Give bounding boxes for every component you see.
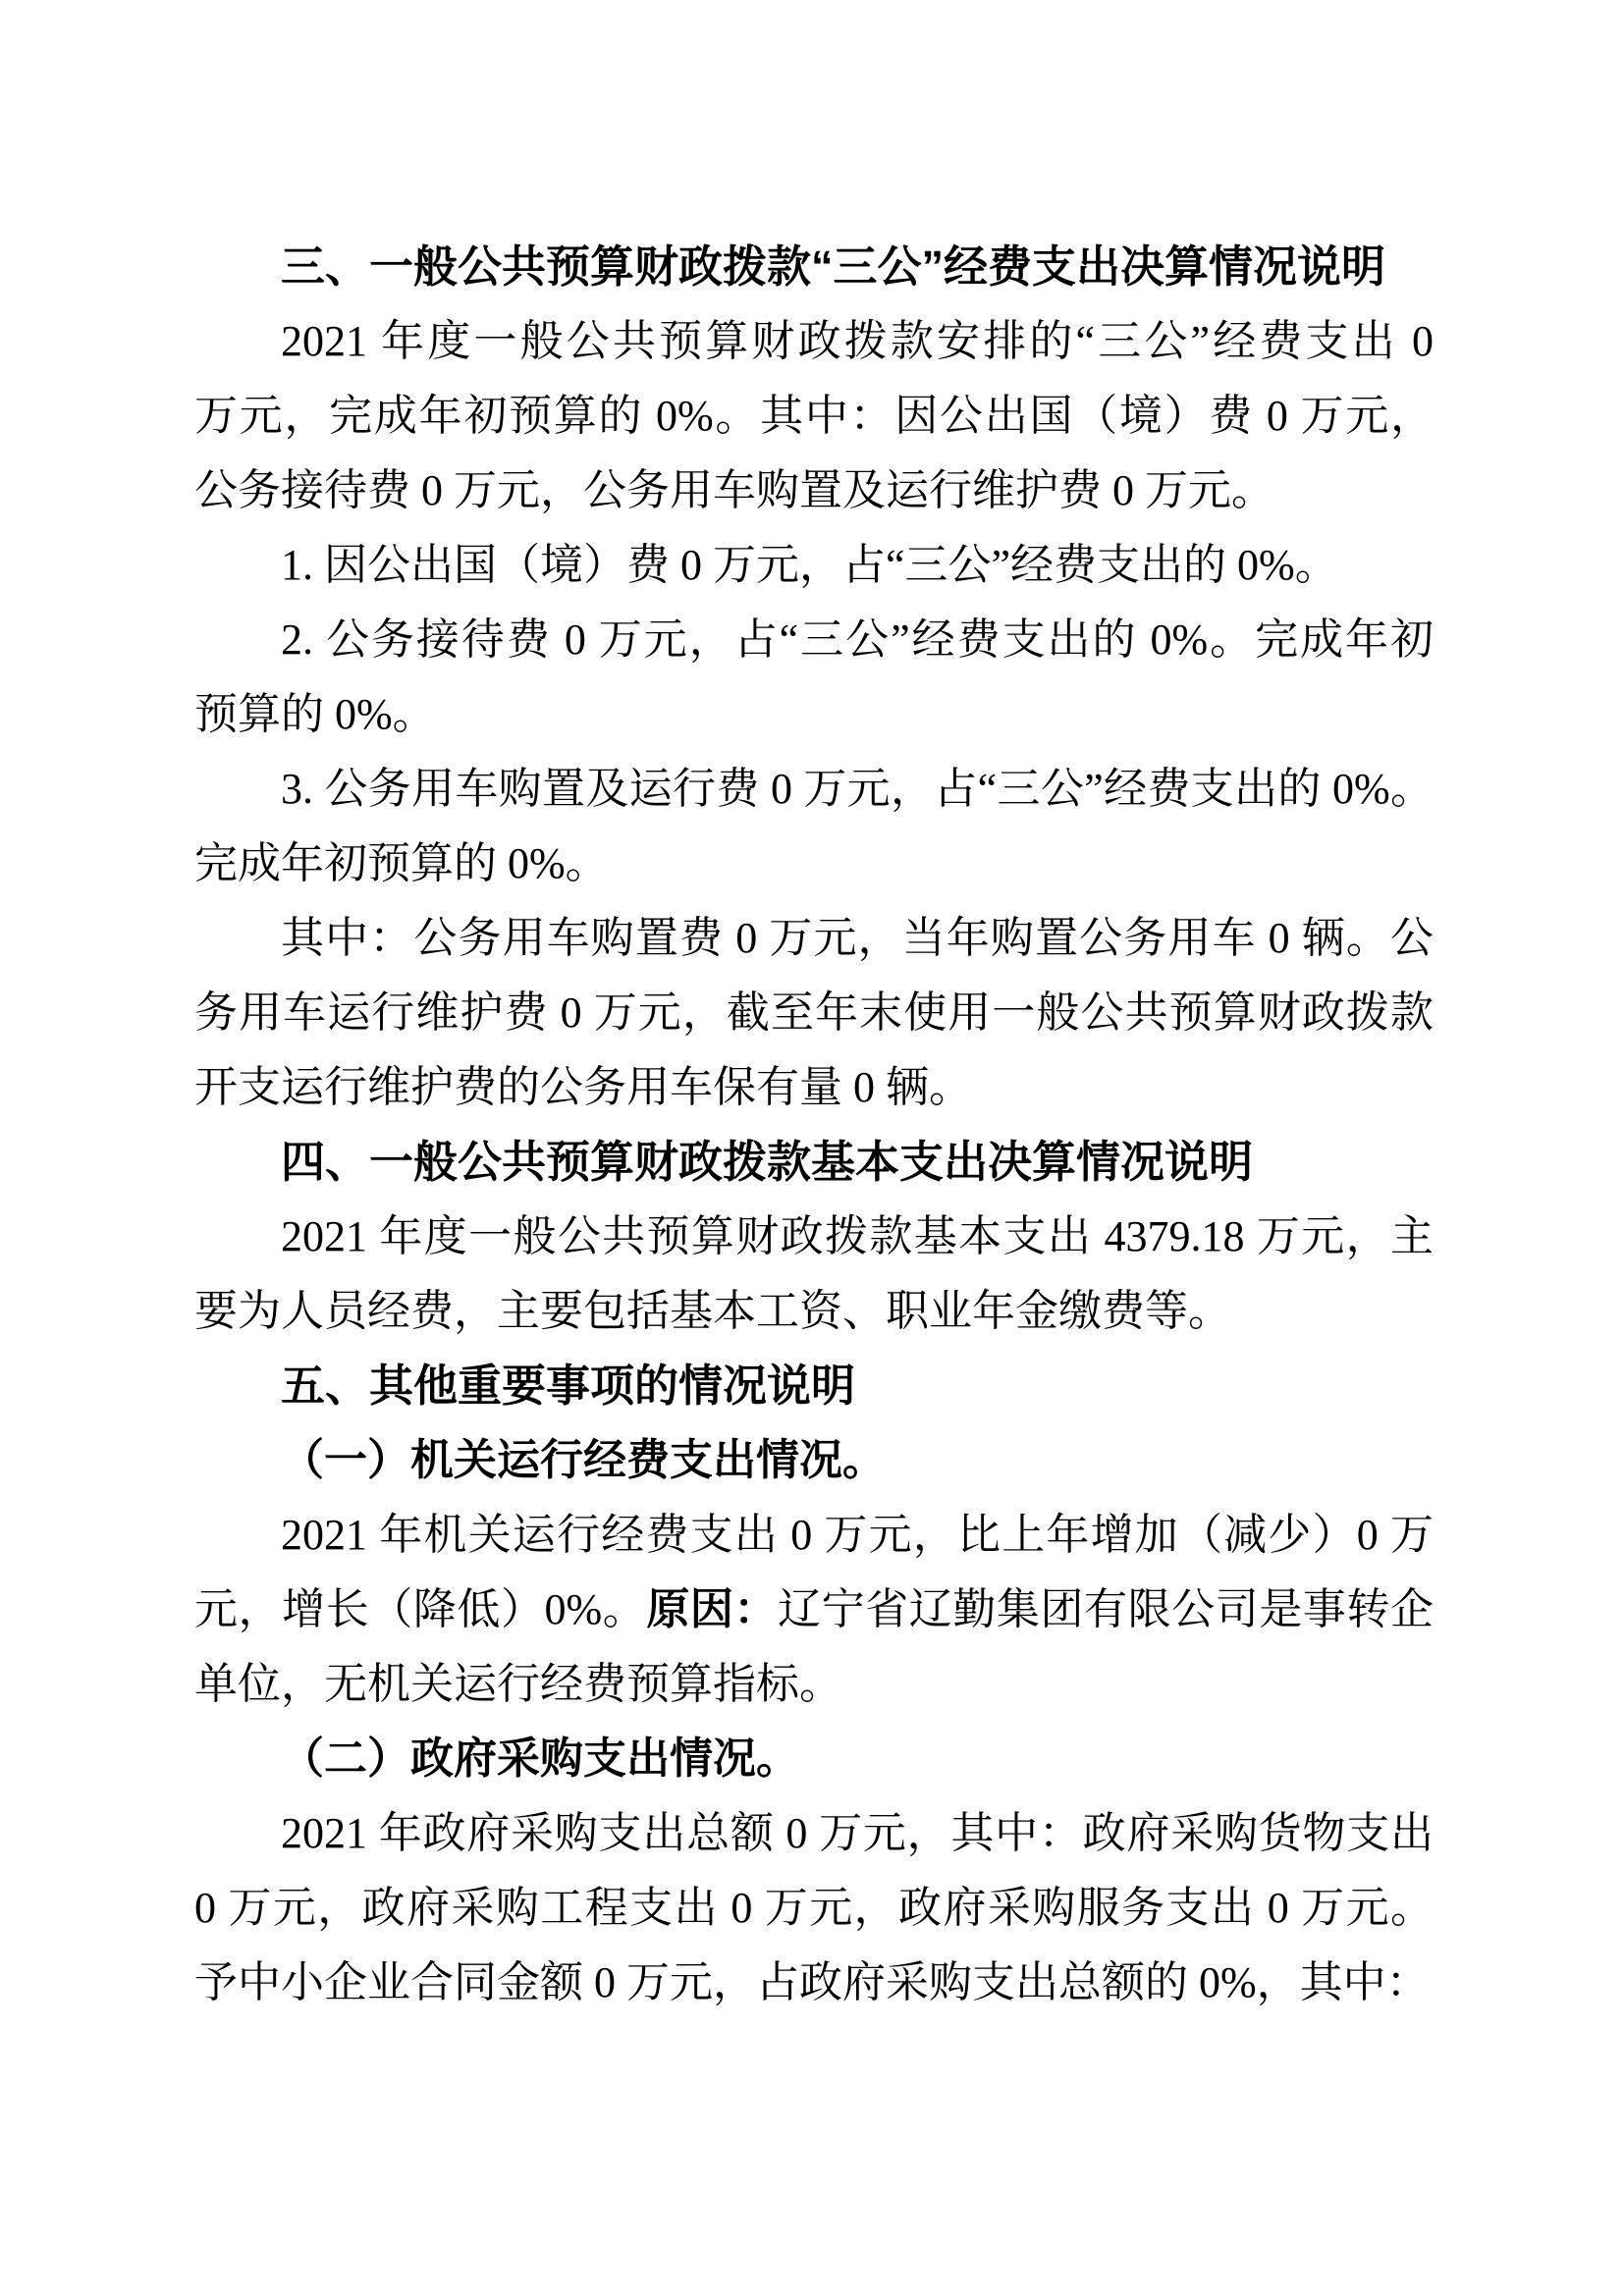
- section-heading-3: 三、一般公共预算财政拨款“三公”经费支出决算情况说明: [194, 230, 1434, 304]
- subsection-heading-1: （一）机关运行经费支出情况。: [194, 1423, 1434, 1498]
- body-line: 要为人员经费，主要包括基本工资、职业年金缴费等。: [194, 1274, 1434, 1349]
- body-line: 2021 年度一般公共预算财政拨款基本支出 4379.18 万元，主: [194, 1200, 1434, 1274]
- body-line: 0 万元，政府采购工程支出 0 万元，政府采购服务支出 0 万元。授: [194, 1871, 1434, 1946]
- body-line: 元，增长（降低）0%。原因：辽宁省辽勤集团有限公司是事转企: [194, 1573, 1434, 1647]
- body-line: 务用车运行维护费 0 万元，截至年末使用一般公共预算财政拨款: [194, 976, 1434, 1050]
- body-line: 预算的 0%。: [194, 677, 1434, 752]
- subsection-heading-2: （二）政府采购支出情况。: [194, 1722, 1434, 1796]
- reason-label-bold: 原因：: [646, 1585, 778, 1633]
- body-line-item-2: 2. 公务接待费 0 万元，占“三公”经费支出的 0%。完成年初: [194, 603, 1434, 677]
- document-page: 三、一般公共预算财政拨款“三公”经费支出决算情况说明 2021 年度一般公共预算…: [0, 0, 1624, 2296]
- body-line: 2021 年政府采购支出总额 0 万元，其中：政府采购货物支出: [194, 1796, 1434, 1871]
- body-text: 元，增长（降低）0%。: [194, 1585, 646, 1633]
- body-line-item-3: 3. 公务用车购置及运行费 0 万元，占“三公”经费支出的 0%。: [194, 752, 1434, 827]
- body-text: 辽宁省辽勤集团有限公司是事转企: [778, 1585, 1434, 1633]
- body-line: 予中小企业合同金额 0 万元，占政府采购支出总额的 0%，其中：: [194, 1946, 1434, 2020]
- document-body: 三、一般公共预算财政拨款“三公”经费支出决算情况说明 2021 年度一般公共预算…: [194, 230, 1434, 2020]
- body-line: 2021 年机关运行经费支出 0 万元，比上年增加（减少）0 万: [194, 1498, 1434, 1573]
- body-line: 2021 年度一般公共预算财政拨款安排的“三公”经费支出 0: [194, 304, 1434, 379]
- body-line: 其中：公务用车购置费 0 万元，当年购置公务用车 0 辆。公: [194, 901, 1434, 976]
- body-line: 公务接待费 0 万元，公务用车购置及运行维护费 0 万元。: [194, 454, 1434, 528]
- body-line: 完成年初预算的 0%。: [194, 827, 1434, 901]
- body-line: 万元，完成年初预算的 0%。其中：因公出国（境）费 0 万元，: [194, 379, 1434, 454]
- body-line: 开支运行维护费的公务用车保有量 0 辆。: [194, 1050, 1434, 1125]
- body-line: 单位，无机关运行经费预算指标。: [194, 1647, 1434, 1722]
- section-heading-5: 五、其他重要事项的情况说明: [194, 1349, 1434, 1423]
- body-line-item-1: 1. 因公出国（境）费 0 万元，占“三公”经费支出的 0%。: [194, 528, 1434, 603]
- section-heading-4: 四、一般公共预算财政拨款基本支出决算情况说明: [194, 1125, 1434, 1200]
